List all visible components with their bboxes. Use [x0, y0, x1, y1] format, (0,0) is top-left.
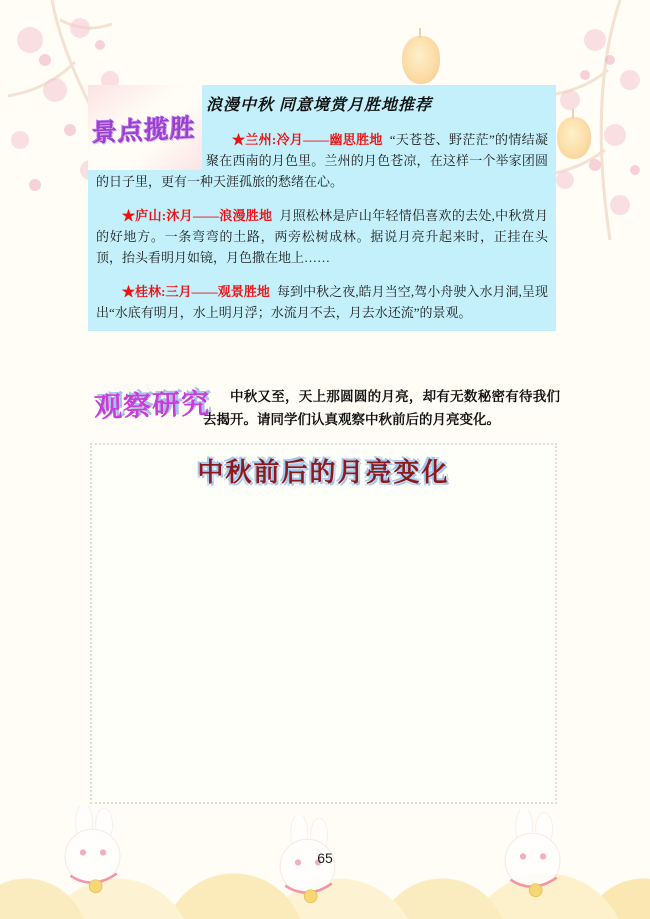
- moon-observation-title: 中秋前后的月亮变化: [92, 452, 555, 489]
- scenic-item-lushan: ★庐山:沐月——浪漫胜地月照松林是庐山年轻情侣喜欢的去处,中秋赏月的好地方。一条…: [96, 205, 548, 268]
- observe-intro-text: 中秋又至，天上那圆圆的月亮，却有无数秘密有待我们去揭开。请同学们认真观察中秋前后…: [203, 385, 560, 431]
- scenic-item-header: ★兰州:冷月——幽思胜地: [232, 132, 390, 147]
- scenic-label-area: 景点揽胜: [88, 85, 202, 170]
- page-number: 65: [0, 850, 650, 866]
- document-page: 景点揽胜 浪漫中秋 同意境赏月胜地推荐 ★兰州:冷月——幽思胜地“天苍苍、野茫茫…: [0, 0, 650, 919]
- scenic-section-label: 景点揽胜: [92, 108, 197, 150]
- cloud-hills-decoration: [0, 819, 650, 919]
- moon-observation-box: 中秋前后的月亮变化: [90, 443, 557, 804]
- scenic-item-header: ★桂林:三月——观景胜地: [122, 284, 277, 299]
- lantern-icon: [402, 36, 440, 84]
- scenic-item-guilin: ★桂林:三月——观景胜地每到中秋之夜,皓月当空,驾小舟驶入水月洞,呈现出“水底有…: [96, 281, 548, 323]
- observe-section-label: 观察研究: [93, 382, 210, 426]
- scenic-item-header: ★庐山:沐月——浪漫胜地: [122, 208, 279, 223]
- scenic-spots-box: 景点揽胜 浪漫中秋 同意境赏月胜地推荐 ★兰州:冷月——幽思胜地“天苍苍、野茫茫…: [88, 85, 556, 331]
- lantern-icon: [557, 117, 591, 159]
